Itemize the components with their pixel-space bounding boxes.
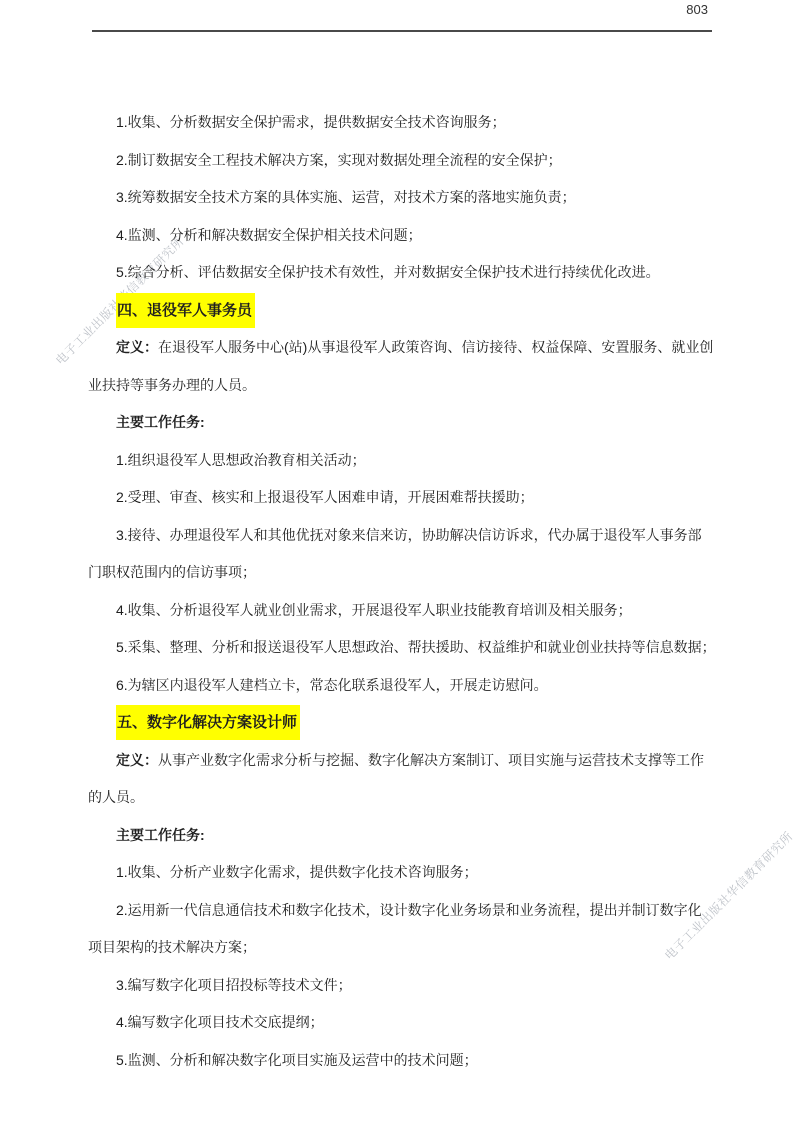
definition-paragraph: 定义：在退役军人服务中心(站)从事退役军人政策咨询、信访接待、权益保障、安置服务… <box>88 329 788 404</box>
task-item: 5.采集、整理、分析和报送退役军人思想政治、帮扶援助、权益维护和就业创业扶持等信… <box>88 629 788 667</box>
task-item: 3.编写数字化项目招投标等技术文件； <box>88 967 788 1005</box>
section-heading-5: 五、数字化解决方案设计师 <box>88 704 788 742</box>
task-item: 1.收集、分析数据安全保护需求，提供数据安全技术咨询服务； <box>88 104 788 142</box>
document-body: 1.收集、分析数据安全保护需求，提供数据安全技术咨询服务； 2.制订数据安全工程… <box>88 104 719 1079</box>
document-page: 803 电子工业出版社华信教育研究所 电子工业出版社华信教育研究所 1.收集、分… <box>0 0 793 1122</box>
task-item: 2.受理、审查、核实和上报退役军人困难申请，开展困难帮扶援助； <box>88 479 788 517</box>
task-item: 2.运用新一代信息通信技术和数字化技术，设计数字化业务场景和业务流程，提出并制订… <box>88 892 788 967</box>
highlighted-heading-text: 四、退役军人事务员 <box>116 293 255 328</box>
definition-text: 在退役军人服务中心(站)从事退役军人政策咨询、信访接待、权益保障、安置服务、就业… <box>88 339 713 393</box>
task-item: 3.统筹数据安全技术方案的具体实施、运营，对技术方案的落地实施负责； <box>88 179 788 217</box>
header-rule <box>92 30 712 32</box>
definition-label: 定义： <box>116 339 158 355</box>
task-item: 4.收集、分析退役军人就业创业需求，开展退役军人职业技能教育培训及相关服务； <box>88 592 788 630</box>
task-item: 4.监测、分析和解决数据安全保护相关技术问题； <box>88 217 788 255</box>
task-item: 6.为辖区内退役军人建档立卡，常态化联系退役军人，开展走访慰问。 <box>88 667 788 705</box>
task-item: 4.编写数字化项目技术交底提纲； <box>88 1004 788 1042</box>
task-item: 1.组织退役军人思想政治教育相关活动； <box>88 442 788 480</box>
task-item: 3.接待、办理退役军人和其他优抚对象来信来访，协助解决信访诉求，代办属于退役军人… <box>88 517 788 592</box>
task-item: 2.制订数据安全工程技术解决方案，实现对数据处理全流程的安全保护； <box>88 142 788 180</box>
tasks-subheading: 主要工作任务: <box>88 404 788 442</box>
task-item: 1.收集、分析产业数字化需求，提供数字化技术咨询服务； <box>88 854 788 892</box>
task-item: 5.监测、分析和解决数字化项目实施及运营中的技术问题； <box>88 1042 788 1080</box>
definition-text: 从事产业数字化需求分析与挖掘、数字化解决方案制订、项目实施与运营技术支撑等工作 … <box>88 752 704 806</box>
task-item: 5.综合分析、评估数据安全保护技术有效性，并对数据安全保护技术进行持续优化改进。 <box>88 254 788 292</box>
section-heading-4: 四、退役军人事务员 <box>88 292 788 330</box>
highlighted-heading-text: 五、数字化解决方案设计师 <box>116 705 300 740</box>
definition-paragraph: 定义：从事产业数字化需求分析与挖掘、数字化解决方案制订、项目实施与运营技术支撑等… <box>88 742 788 817</box>
tasks-subheading: 主要工作任务: <box>88 817 788 855</box>
definition-label: 定义： <box>116 752 158 768</box>
page-number: 803 <box>686 2 708 17</box>
